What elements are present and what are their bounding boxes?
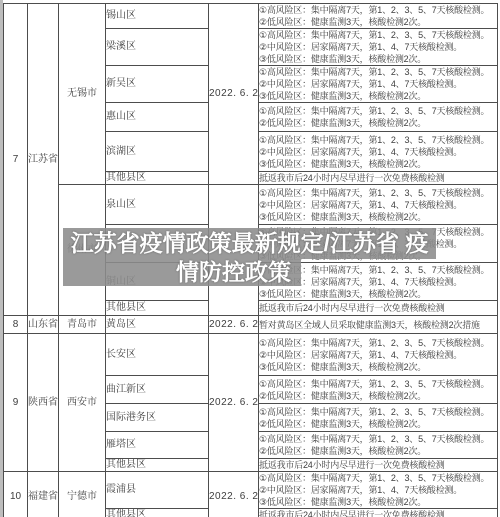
policy-cell: ①高风险区：集中隔离7天，第1、2、3、5、7天核酸检测。 ②中风险区：居家隔离… bbox=[259, 472, 498, 509]
policy-line: ③低风险区：健康监测3天，核酸检测2次。 bbox=[259, 90, 497, 102]
policy-line: 抵返我市后24小时内尽早进行一次免费核酸检测 bbox=[259, 172, 497, 184]
policy-cell: ①高风险区：集中隔离7天，第1、2、3、5、7天核酸检测。 ②低风险区：健康监测… bbox=[259, 4, 498, 29]
table-row: 8 山东省 青岛市 黄岛区 2022. 6. 23 暂对黄岛区全域人员采取健康监… bbox=[4, 316, 498, 334]
policy-cell: ①高风险区：集中隔离7天，第1、2、3、5、7天核酸检测。 ②低风险区：健康监测… bbox=[259, 103, 498, 132]
district-cell: 新吴区 bbox=[106, 66, 209, 103]
policy-line: ②低风险区：健康监测3天，核酸检测2次。 bbox=[259, 16, 497, 28]
policy-line: 抵返我市后24小时内尽早进行一次免费核酸检测 bbox=[259, 459, 497, 471]
policy-line: ②低风险区：健康监测3天，核酸检测2次。 bbox=[259, 445, 497, 457]
policy-line: ②中风险区：居家隔离7天，第1、4、7天核酸检测。 bbox=[259, 78, 497, 90]
policy-cell: ①高风险区：集中隔离7天，第1、2、3、5、7天核酸检测。 ②低风险区：健康监测… bbox=[259, 376, 498, 404]
date-cell: 2022. 6. 26 bbox=[209, 472, 259, 517]
overlay-title-line2: 情防控政策 bbox=[63, 259, 301, 286]
policy-line: ①高风险区：集中隔离7天，第1、2、3、5、7天核酸检测。 bbox=[259, 66, 497, 78]
district-cell: 长安区 bbox=[106, 334, 209, 376]
district-cell: 霞浦县 bbox=[106, 472, 209, 509]
province-cell: 山东省 bbox=[28, 316, 59, 334]
policy-line: ②中风险区：居家隔离7天，第1、4、7天核酸检测。 bbox=[259, 146, 497, 158]
row-number: 8 bbox=[4, 316, 28, 334]
province-cell: 江苏省 bbox=[28, 4, 59, 316]
district-cell: 国际港务区 bbox=[106, 404, 209, 432]
policy-line: ①高风险区：集中隔离7天，第1、2、3、5、7天核酸检测。 bbox=[259, 187, 497, 199]
policy-line: ①高风险区：集中隔离7天，第1、2、3、5、7天核酸检测。 bbox=[259, 433, 497, 445]
policy-line: ①高风险区：集中隔离7天，第1、2、3、5、7天核酸检测。 bbox=[259, 105, 497, 117]
policy-cell: 抵返我市后24小时内尽早进行一次免费核酸检测 bbox=[259, 459, 498, 472]
policy-line: ③低风险区：健康监测3天，核酸检测2次。 bbox=[259, 158, 497, 170]
policy-line: ③低风险区：健康监测3天，核酸检测2次。 bbox=[259, 361, 497, 373]
policy-line: ①高风险区：集中隔离7天，第1、2、3、5、7天核酸检测。 bbox=[259, 378, 497, 390]
district-cell: 惠山区 bbox=[106, 103, 209, 132]
policy-line: ③低风险区：健康监测3天，核酸检测2次。 bbox=[259, 496, 497, 508]
policy-line: ②低风险区：健康监测3天，核酸检测2次。 bbox=[259, 390, 497, 402]
policy-line: 抵返我市后24小时内尽早进行一次免费核酸检测 bbox=[259, 302, 497, 314]
policy-cell: ①高风险区：集中隔离7天，第1、2、3、5、7天核酸检测。 ②中风险区：居家隔离… bbox=[259, 185, 498, 225]
district-cell: 其他县区 bbox=[106, 459, 209, 472]
policy-cell: 抵返我市后24小时内尽早进行一次免费核酸检测 bbox=[259, 301, 498, 316]
city-cell: 无锡市 bbox=[59, 4, 106, 185]
overlay-title-line1: 江苏省疫情政策最新规定/江苏省 疫 bbox=[63, 228, 436, 259]
province-cell: 福建省 bbox=[28, 472, 59, 517]
policy-line: 暂对黄岛区全域人员采取健康监测3天，核酸检测2次措施 bbox=[259, 319, 497, 331]
district-cell: 其他县区 bbox=[106, 509, 209, 517]
table-row: 10 福建省 宁德市 霞浦县 2022. 6. 26 ①高风险区：集中隔离7天，… bbox=[4, 472, 498, 509]
district-cell: 梁溪区 bbox=[106, 29, 209, 66]
date-cell: 2022. 6. 23 bbox=[209, 4, 259, 185]
date-cell: 2022. 6. 23 bbox=[209, 316, 259, 334]
overlay-title-banner: 江苏省疫情政策最新规定/江苏省 疫 情防控政策 bbox=[63, 228, 436, 286]
district-cell: 其他县区 bbox=[106, 172, 209, 185]
policy-line: ①高风险区：集中隔离7天，第1、2、3、5、7天核酸检测。 bbox=[259, 337, 497, 349]
city-cell: 青岛市 bbox=[59, 316, 106, 334]
policy-cell: 抵返我市后24小时内尽早进行一次免费核酸检测 bbox=[259, 509, 498, 517]
city-cell: 宁德市 bbox=[59, 472, 106, 517]
row-number: 7 bbox=[4, 4, 28, 316]
policy-line: ②中风险区：居家隔离7天，第1、4、7天核酸检测。 bbox=[259, 41, 497, 53]
district-cell: 黄岛区 bbox=[106, 316, 209, 334]
policy-cell: 暂对黄岛区全域人员采取健康监测3天，核酸检测2次措施 bbox=[259, 316, 498, 334]
policy-line: ③低风险区：健康监测3天，核酸检测2次。 bbox=[259, 53, 497, 65]
policy-cell: 抵返我市后24小时内尽早进行一次免费核酸检测 bbox=[259, 172, 498, 185]
district-cell: 雁塔区 bbox=[106, 432, 209, 459]
page: { "page": { "background": "#ffffff", "le… bbox=[0, 0, 500, 517]
policy-line: ③低风险区：健康监测3天，核酸检测2次。 bbox=[259, 288, 497, 300]
policy-cell: ①高风险区：集中隔离7天，第1、2、3、5、7天核酸检测。 ②中风险区：居家隔离… bbox=[259, 132, 498, 172]
policy-line: ②中风险区：居家隔离7天，第1、4、7天核酸检测。 bbox=[259, 349, 497, 361]
policy-line: 抵返我市后24小时内尽早进行一次免费核酸检测 bbox=[259, 509, 497, 517]
province-cell: 陕西省 bbox=[28, 334, 59, 472]
row-number: 9 bbox=[4, 334, 28, 472]
district-cell: 锡山区 bbox=[106, 4, 209, 29]
policy-line: ①高风险区：集中隔离7天，第1、2、3、5、7天核酸检测。 bbox=[259, 29, 497, 41]
table-row: 9 陕西省 西安市 长安区 2022. 6. 25 ①高风险区：集中隔离7天，第… bbox=[4, 334, 498, 376]
policy-line: ②中风险区：居家隔离7天，第1、4、7天核酸检测。 bbox=[259, 484, 497, 496]
date-cell: 2022. 6. 25 bbox=[209, 334, 259, 472]
district-cell: 泉山区 bbox=[106, 185, 209, 225]
policy-line: ①高风险区：集中隔离7天，第1、2、3、5、7天核酸检测。 bbox=[259, 472, 497, 484]
city-cell: 西安市 bbox=[59, 334, 106, 472]
policy-line: ②低风险区：健康监测3天，核酸检测2次。 bbox=[259, 418, 497, 430]
policy-cell: ①高风险区：集中隔离7天，第1、2、3、5、7天核酸检测。 ②低风险区：健康监测… bbox=[259, 432, 498, 459]
policy-line: ②中风险区：居家隔离7天，第1、4、7天核酸检测。 bbox=[259, 199, 497, 211]
row-number: 10 bbox=[4, 472, 28, 517]
policy-line: ②低风险区：健康监测3天，核酸检测2次。 bbox=[259, 117, 497, 129]
policy-line: ①高风险区：集中隔离7天，第1、2、3、5、7天核酸检测。 bbox=[259, 4, 497, 16]
policy-cell: ①高风险区：集中隔离7天，第1、2、3、5、7天核酸检测。 ②低风险区：健康监测… bbox=[259, 404, 498, 432]
policy-cell: ①高风险区：集中隔离7天，第1、2、3、5、7天核酸检测。 ②中风险区：居家隔离… bbox=[259, 66, 498, 103]
policy-line: ①高风险区：集中隔离7天，第1、2、3、5、7天核酸检测。 bbox=[259, 406, 497, 418]
district-cell: 曲江新区 bbox=[106, 376, 209, 404]
policy-line: ①高风险区：集中隔离7天，第1、2、3、5、7天核酸检测。 bbox=[259, 134, 497, 146]
table-row: 徐州市 泉山区 ①高风险区：集中隔离7天，第1、2、3、5、7天核酸检测。 ②中… bbox=[4, 185, 498, 225]
policy-line: ③低风险区：健康监测3天，核酸检测2次。 bbox=[259, 211, 497, 223]
policy-cell: ①高风险区：集中隔离7天，第1、2、3、5、7天核酸检测。 ②中风险区：居家隔离… bbox=[259, 334, 498, 376]
district-cell: 滨湖区 bbox=[106, 132, 209, 172]
district-cell: 其他县区 bbox=[106, 301, 209, 316]
table-row: 7 江苏省 无锡市 锡山区 2022. 6. 23 ①高风险区：集中隔离7天，第… bbox=[4, 4, 498, 29]
policy-cell: ①高风险区：集中隔离7天，第1、2、3、5、7天核酸检测。 ②中风险区：居家隔离… bbox=[259, 29, 498, 66]
